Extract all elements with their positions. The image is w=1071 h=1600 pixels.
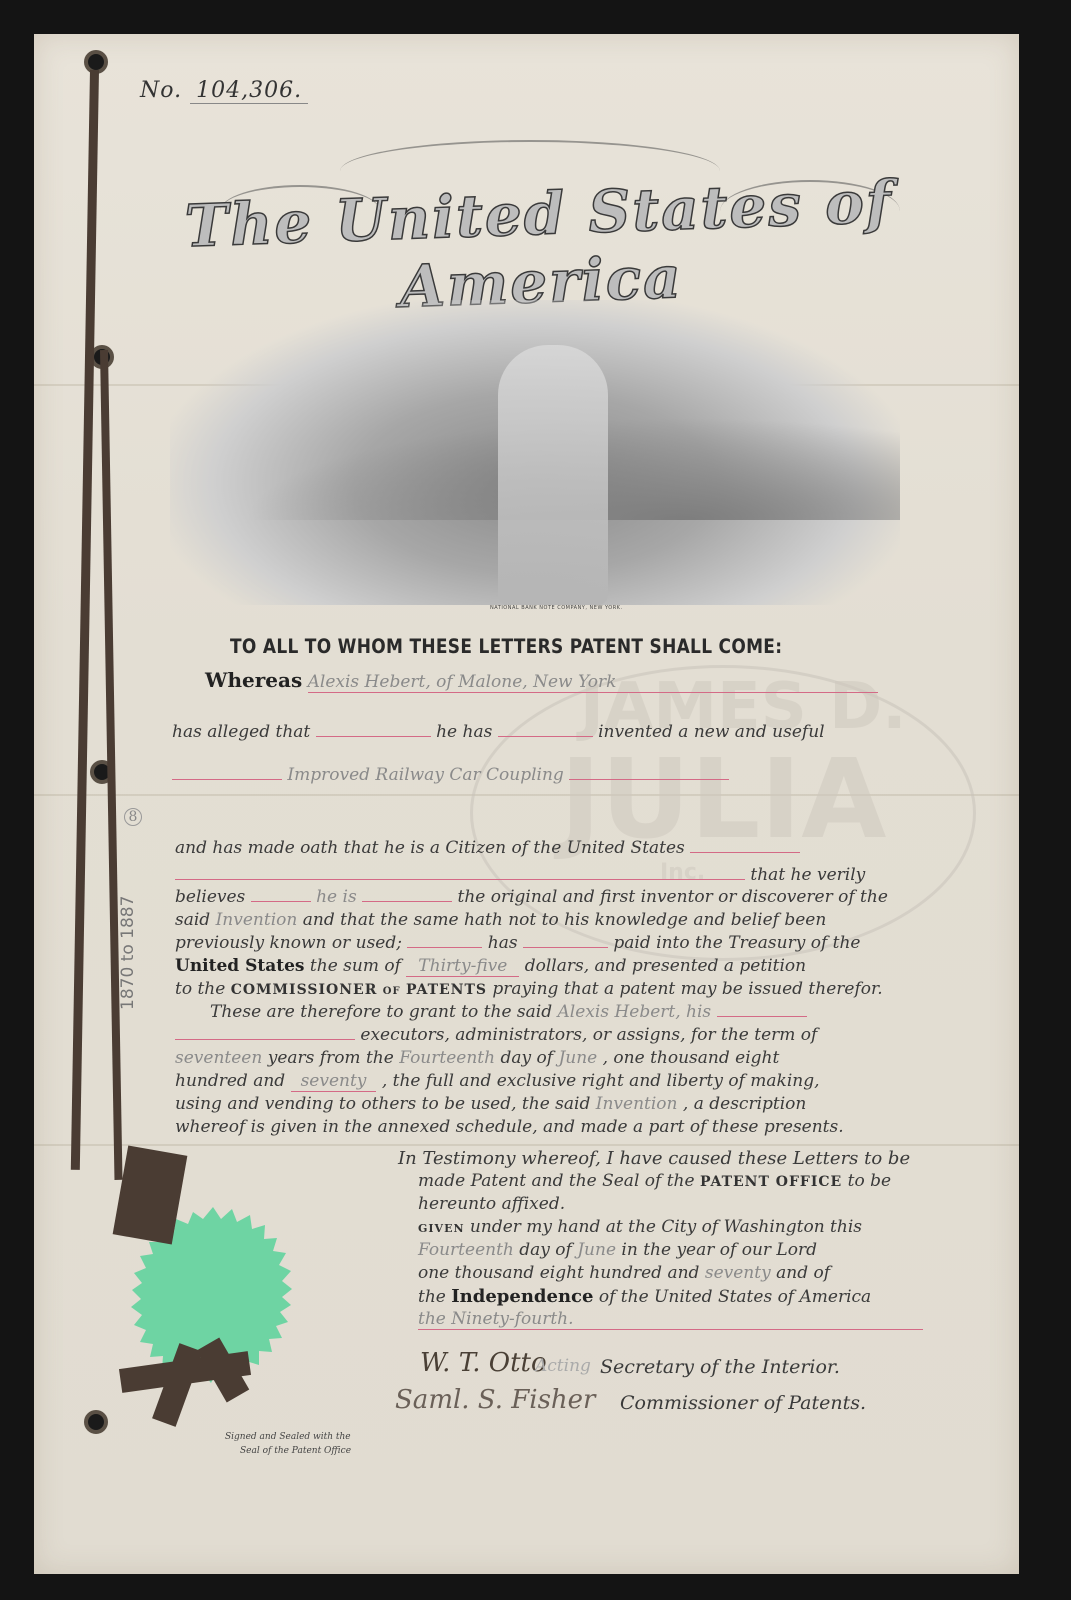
text: COMMISSIONER [231,982,378,998]
signatory-title: Secretary of the Interior. [600,1356,840,1378]
given-year-field: seventy [705,1263,771,1283]
text: previously known or used; [175,933,402,953]
text: praying that a patent may be issued ther… [492,979,882,999]
fee-amount-field: Thirty-five [406,956,519,977]
pencil-annotation: 1870 to 1887 [118,896,138,1010]
patent-number-label: No. [140,78,182,103]
text: Invention [216,910,298,930]
text: PATENTS [406,982,487,998]
text: , a description [683,1094,806,1114]
patent-number-value: 104,306. [190,78,308,104]
text: PATENT OFFICE [700,1174,842,1190]
term-field: seventeen [175,1048,262,1068]
given-day-field: Fourteenth [418,1240,514,1260]
text: hereunto affixed. [418,1194,565,1214]
salutation-heading: TO ALL TO WHOM THESE LETTERS PATENT SHAL… [230,636,782,659]
fold-line [34,1144,1019,1146]
text: he is [316,887,357,907]
text: whereof is given in the annexed schedule… [175,1117,844,1137]
grantee-field: Alexis Hebert, his [558,1002,712,1022]
text: day of [519,1240,572,1260]
text: Invention [596,1094,678,1114]
text: to be [848,1171,891,1191]
text: the [418,1287,446,1307]
given-month-field: June [577,1240,616,1260]
text: executors, administrators, or assigns, f… [360,1025,817,1045]
text: that he verily [750,865,865,885]
month-field: June [558,1048,597,1068]
signatory-title: Commissioner of Patents. [620,1392,866,1414]
text: hundred and [175,1071,285,1091]
signature-commissioner: Saml. S. Fisher [395,1385,595,1415]
text: United States [175,956,305,976]
text: to the [175,979,225,999]
patent-number: No. 104,306. [140,78,308,103]
text: and has made oath that he is a Citizen o… [175,838,685,858]
text: OF [383,986,401,997]
day-field: Fourteenth [399,1048,495,1068]
text: using and vending to others to be used, … [175,1094,590,1114]
independence-year-field: the Ninety-fourth. [418,1309,923,1330]
text: Independence [451,1286,593,1307]
text: has alleged that [172,722,310,742]
text: , one thousand eight [603,1048,780,1068]
text: of the United States of America [599,1287,871,1307]
text: , the full and exclusive right and liber… [382,1071,820,1091]
text: the sum of [310,956,401,976]
grommet-icon [84,1410,108,1434]
text: and of [776,1263,830,1283]
text: years from the [268,1048,394,1068]
text: the original and first inventor or disco… [457,887,887,907]
invention-title-field: Improved Railway Car Coupling [287,765,563,785]
text: paid into the Treasury of the [613,933,860,953]
text: believes [175,887,245,907]
whereas-label: Whereas [205,668,302,692]
seal-caption: Signed and Sealed with the [225,1432,351,1442]
text: and that the same hath not to his knowle… [303,910,827,930]
engraver-credit: NATIONAL BANK NOTE COMPANY, NEW YORK. [490,605,623,611]
text: said [175,910,210,930]
text: in the year of our Lord [621,1240,817,1260]
text: Acting [535,1356,591,1376]
signature-secretary: W. T. Otto [420,1348,547,1378]
text: under my hand at the City of Washington … [470,1217,862,1237]
text: GIVEN [418,1222,465,1235]
year-field: seventy [291,1071,377,1092]
pencil-circled-mark: 8 [124,808,142,826]
testimony-text: In Testimony whereof, I have caused thes… [398,1148,910,1169]
text: invented a new and useful [598,722,824,742]
text: day of [500,1048,553,1068]
text: one thousand eight hundred and [418,1263,699,1283]
text: has [488,933,518,953]
text: dollars, and presented a petition [525,956,806,976]
text: made Patent and the Seal of the [418,1171,695,1191]
vignette-allegorical-figure [498,345,608,605]
seal-caption: Seal of the Patent Office [240,1446,351,1456]
inventor-field: Alexis Hebert, of Malone, New York [308,672,878,693]
text: he has [436,722,492,742]
text: These are therefore to grant to the said [210,1002,552,1022]
